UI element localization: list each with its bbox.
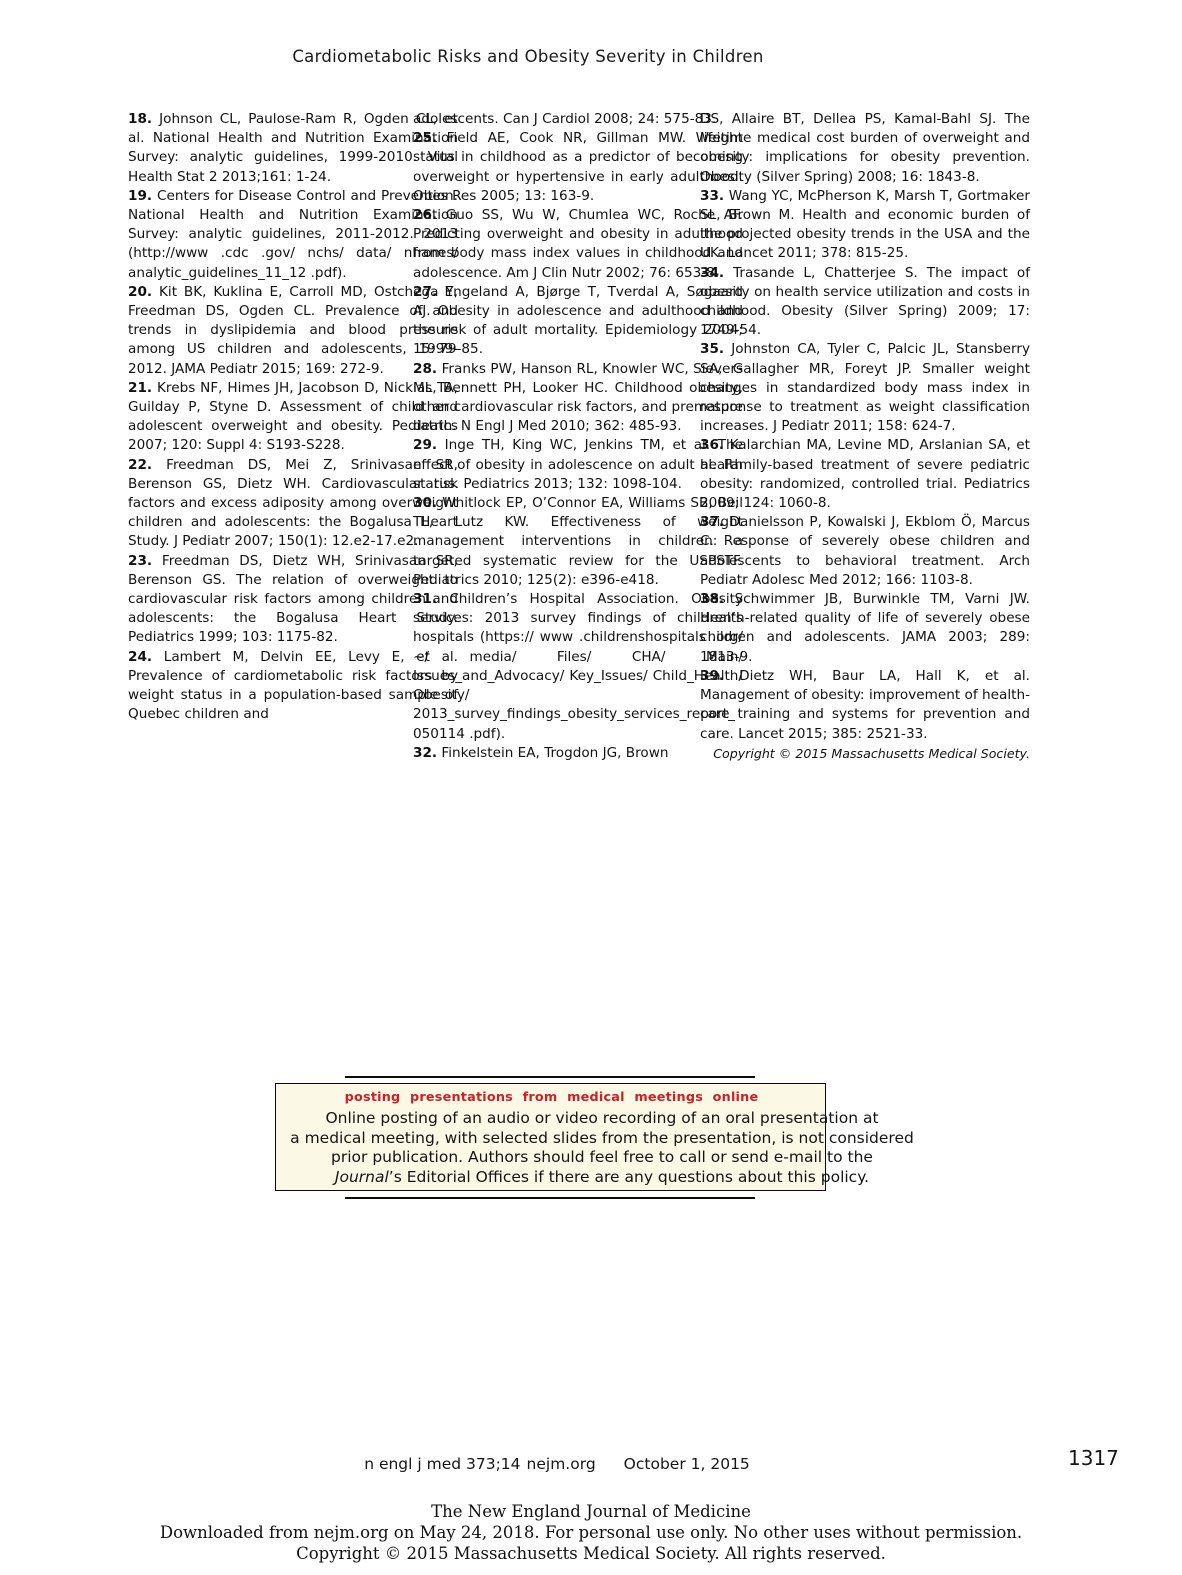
reference-19: 19. Centers for Disease Control and Prev… xyxy=(128,187,458,283)
journal-site: nejm.org xyxy=(527,1455,596,1473)
reference-39: 39. Dietz WH, Baur LA, Hall K, et al. Ma… xyxy=(700,667,1030,744)
reference-20: 20. Kit BK, Kuklina E, Carroll MD, Ostch… xyxy=(128,283,458,379)
provenance-download-note: Downloaded from nejm.org on May 24, 2018… xyxy=(0,1523,1182,1542)
reference-32: 32. Finkelstein EA, Trogdon JG, Brown xyxy=(413,744,743,763)
ref-column-3: DS, Allaire BT, Dellea PS, Kamal-Bahl SJ… xyxy=(700,110,1030,763)
journal-footer: n engl j med 373;14nejm.orgOctober 1, 20… xyxy=(0,1455,1114,1473)
copyright: Copyright © 2015 Massachusetts Medical S… xyxy=(700,744,1030,763)
reference-36: 36. Kalarchian MA, Levine MD, Arslanian … xyxy=(700,436,1030,513)
notice-top-rule xyxy=(345,1076,755,1078)
notice-line: Online posting of an audio or video reco… xyxy=(268,1109,936,1129)
running-head: Cardiometabolic Risks and Obesity Severi… xyxy=(128,47,928,66)
notice-line: a medical meeting, with selected slides … xyxy=(268,1129,936,1149)
notice-body: Online posting of an audio or video reco… xyxy=(268,1109,936,1187)
reference-34: 34. Trasande L, Chatterjee S. The impact… xyxy=(700,264,1030,341)
reference-18: 18. Johnson CL, Paulose-Ram R, Ogden CL,… xyxy=(128,110,458,187)
reference-29: 29. Inge TH, King WC, Jenkins TM, et al.… xyxy=(413,436,743,494)
page-number: 1317 xyxy=(1068,1446,1119,1470)
reference-37: 37. Danielsson P, Kowalski J, Ekblom Ö, … xyxy=(700,513,1030,590)
reference-33: 33. Wang YC, McPherson K, Marsh T, Gortm… xyxy=(700,187,1030,264)
reference-25: 25. Field AE, Cook NR, Gillman MW. Weigh… xyxy=(413,129,743,206)
journal-page: Cardiometabolic Risks and Obesity Severi… xyxy=(0,0,1182,1575)
reference-23: 23. Freedman DS, Dietz WH, Srinivasan SR… xyxy=(128,552,458,648)
notice-line: Journal’s Editorial Offices if there are… xyxy=(268,1168,936,1188)
journal-citation: n engl j med 373;14 xyxy=(364,1455,520,1473)
reference-continuation: DS, Allaire BT, Dellea PS, Kamal-Bahl SJ… xyxy=(700,110,1030,187)
provenance-journal-name: The New England Journal of Medicine xyxy=(0,1502,1182,1521)
provenance-copyright: Copyright © 2015 Massachusetts Medical S… xyxy=(0,1544,1182,1563)
reference-28: 28. Franks PW, Hanson RL, Knowler WC, Si… xyxy=(413,360,743,437)
notice-bottom-rule xyxy=(345,1197,755,1199)
reference-31: 31. Children’s Hospital Association. Obe… xyxy=(413,590,743,744)
notice-line: prior publication. Authors should feel f… xyxy=(268,1148,936,1168)
reference-26: 26. Guo SS, Wu W, Chumlea WC, Roche AF. … xyxy=(413,206,743,283)
reference-30: 30. Whitlock EP, O’Connor EA, Williams S… xyxy=(413,494,743,590)
reference-35: 35. Johnston CA, Tyler C, Palcic JL, Sta… xyxy=(700,340,1030,436)
reference-24: 24. Lambert M, Delvin EE, Levy E, et al.… xyxy=(128,648,458,725)
notice-heading: posting presentations from medical meeti… xyxy=(275,1090,828,1105)
ref-column-2: adolescents. Can J Cardiol 2008; 24: 575… xyxy=(413,110,743,763)
issue-date: October 1, 2015 xyxy=(624,1455,750,1473)
reference-continuation: adolescents. Can J Cardiol 2008; 24: 575… xyxy=(413,110,743,129)
reference-21: 21. Krebs NF, Himes JH, Jacobson D, Nick… xyxy=(128,379,458,456)
reference-27: 27. Engeland A, Bjørge T, Tverdal A, Søg… xyxy=(413,283,743,360)
ref-column-1: 18. Johnson CL, Paulose-Ram R, Ogden CL,… xyxy=(128,110,458,725)
reference-38: 38. Schwimmer JB, Burwinkle TM, Varni JW… xyxy=(700,590,1030,667)
reference-22: 22. Freedman DS, Mei Z, Srinivasan SR, B… xyxy=(128,456,458,552)
